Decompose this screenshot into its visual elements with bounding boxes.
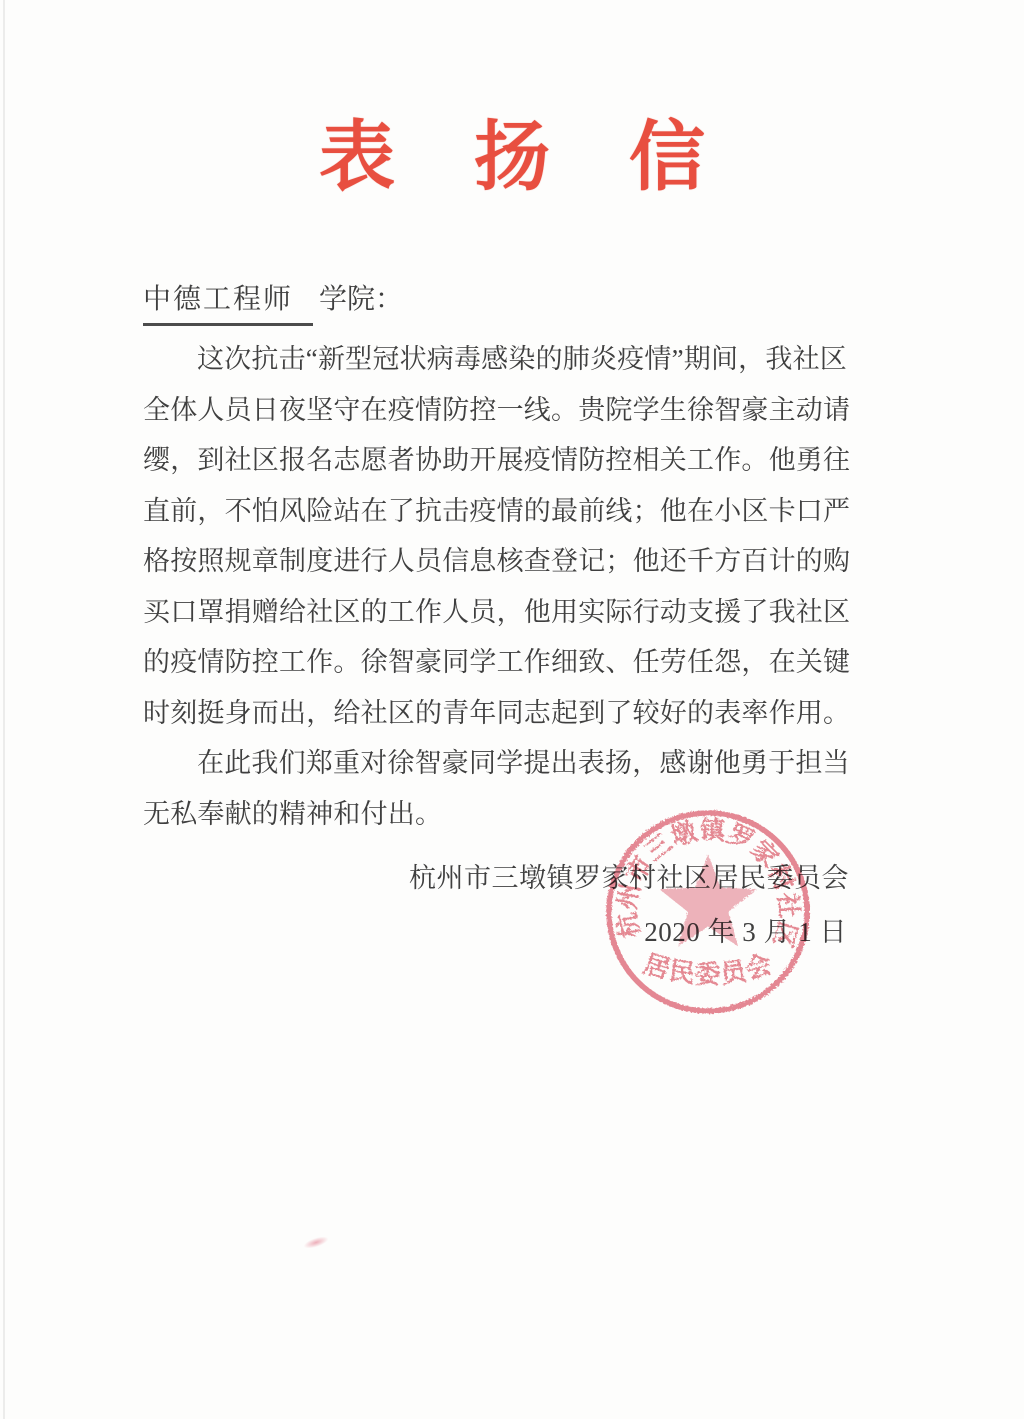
body-line: 时刻挺身而出，给社区的青年同志起到了较好的表率作用。 [143, 688, 851, 739]
seal-bottom-text: 居民委员会 [640, 949, 776, 989]
scan-artifact-line [3, 0, 5, 1419]
letter-title: 表 扬 信 [0, 120, 1024, 196]
title-char: 扬 [474, 120, 550, 196]
body-line: 直前，不怕风险站在了抗击疫情的最前线；他在小区卡口严 [143, 486, 851, 537]
body-line: 格按照规章制度进行人员信息核查登记；他还千方百计的购 [143, 536, 851, 587]
official-seal: 杭州市三墩镇罗家村社区 居民委员会 [600, 804, 816, 1020]
title-char: 信 [629, 120, 705, 196]
title-char: 表 [319, 120, 395, 196]
letter-body: 这次抗击“新型冠状病毒感染的肺炎疫情”期间，我社区 全体人员日夜坚守在疫情防控一… [143, 334, 851, 839]
body-line: 在此我们郑重对徐智豪同学提出表扬，感谢他勇于担当 [143, 738, 851, 789]
body-line: 这次抗击“新型冠状病毒感染的肺炎疫情”期间，我社区 [143, 334, 851, 385]
star-icon [660, 854, 757, 946]
body-line: 买口罩捐赠给社区的工作人员，他用实际行动支援了我社区 [143, 587, 851, 638]
body-line: 缨，到社区报名志愿者协助开展疫情防控相关工作。他勇往 [143, 435, 851, 486]
letter-page: 表 扬 信 中德工程师学院： 这次抗击“新型冠状病毒感染的肺炎疫情”期间，我社区… [0, 0, 1024, 1419]
recipient-name: 中德工程师 [143, 279, 313, 326]
body-line: 全体人员日夜坚守在疫情防控一线。贵院学生徐智豪主动请 [143, 385, 851, 436]
ink-smudge [302, 1234, 330, 1251]
salutation-line: 中德工程师学院： [143, 279, 403, 326]
body-line: 的疫情防控工作。徐智豪同学工作细致、任劳任怨，在关键 [143, 637, 851, 688]
salutation-suffix: 学院： [319, 284, 403, 315]
